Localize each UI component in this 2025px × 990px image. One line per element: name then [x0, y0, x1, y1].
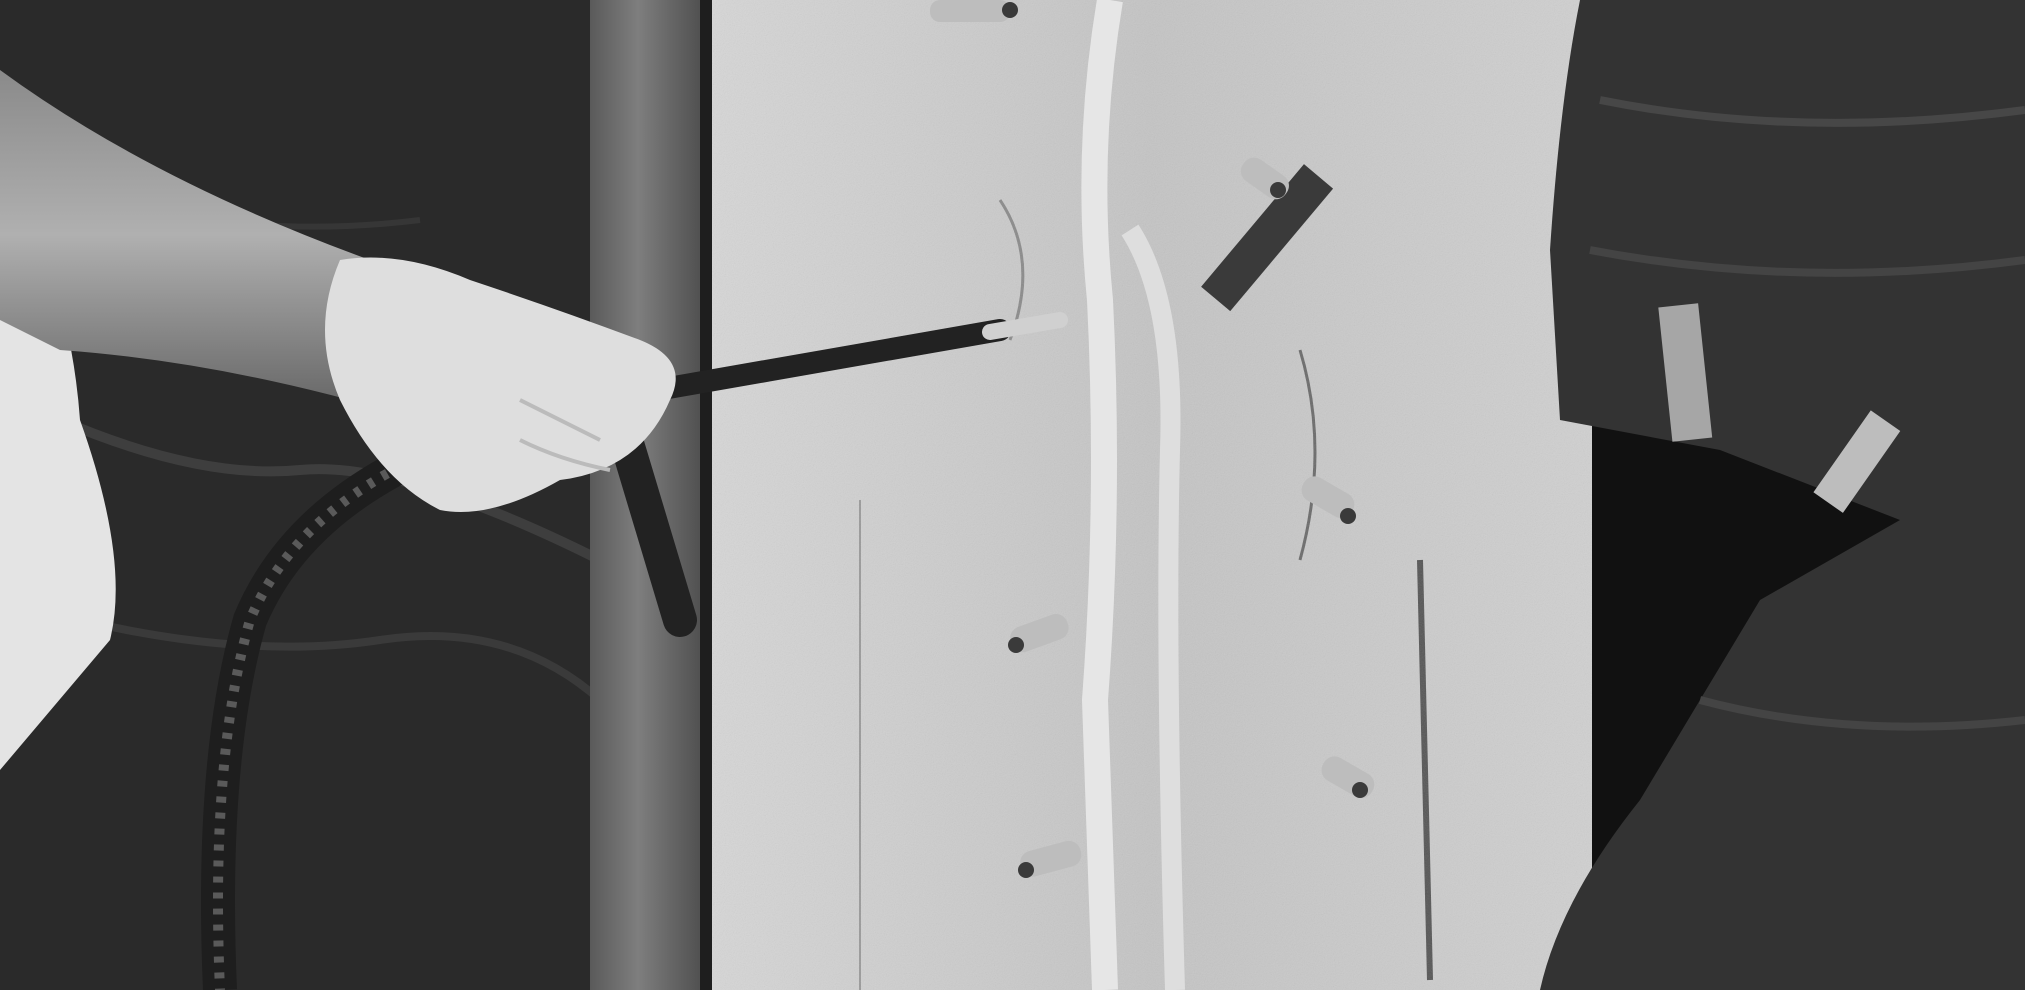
injection-port	[930, 0, 1018, 22]
photo-scene	[0, 0, 2025, 990]
concrete-wall	[712, 0, 1592, 990]
photo-illustration	[0, 0, 2025, 990]
plastic-sheeting-right	[1540, 0, 2025, 990]
